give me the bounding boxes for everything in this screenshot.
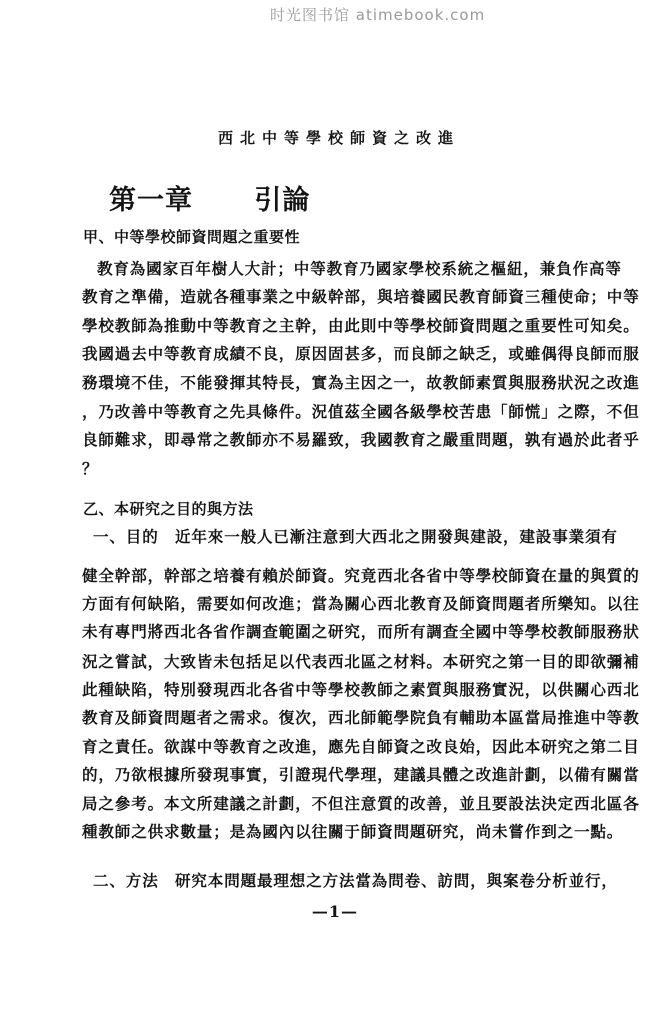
paragraph-line: 方面有何缺陷，需要如何改進；當為關心西北教育及師資問題者所樂知。以往 <box>82 594 622 614</box>
chapter-number: 第一章 <box>109 185 193 216</box>
chapter-heading: 第一章 引論 <box>109 178 310 217</box>
paragraph-line: 我國過去中等教育成績不良，原因固甚多，而良師之缺乏，或雖偶得良師而服 <box>82 344 622 364</box>
paragraph-line: 一、目的 近年來一般人已漸注意到大西北之開發與建設，建設事業須有 <box>93 527 633 547</box>
section-heading-purpose-method: 乙、本研究之目的與方法 <box>83 498 254 519</box>
section-heading-importance: 甲、中等學校師資問題之重要性 <box>83 226 300 247</box>
paragraph-line: 健全幹部，幹部之培養有賴於師資。究竟西北各省中等學校師資在量的與質的 <box>82 566 622 586</box>
paragraph-line: 況之嘗試，大致皆未包括足以代表西北區之材料。本研究之第一目的即欲彌補 <box>82 652 622 672</box>
watermark: 时光图书馆 atimebook.com <box>270 4 485 25</box>
paragraph-line: ？ <box>82 459 622 479</box>
paragraph-line: 教育之準備，造就各種事業之中級幹部，與培養國民教育師資三種使命；中等 <box>82 287 622 307</box>
paragraph-line: 的，乃欲根據所發現事實，引證現代學理，建議具體之改進計劃，以備有關當 <box>82 765 622 785</box>
page-number: —1— <box>0 902 670 921</box>
paragraph-line: 二、方法 研究本問題最理想之方法當為問卷、訪問，與案卷分析並行， <box>93 871 633 891</box>
paragraph-line: 教育及師資問題者之需求。復次，西北師範學院負有輔助本區當局推進中等教 <box>82 708 622 728</box>
paragraph-line: ，乃改善中等教育之先具條件。況值茲全國各級學校苦患「師慌」之際，不但 <box>82 402 622 422</box>
paragraph-line: 務環境不佳，不能發揮其特長，實為主因之一，故教師素質與服務狀況之改進 <box>82 373 622 393</box>
paragraph-line: 局之參考。本文所建議之計劃，不但注意質的改善，並且要設法決定西北區各 <box>82 794 622 814</box>
paragraph-line: 學校教師為推動中等教育之主幹，由此則中等學校師資問題之重要性可知矣。 <box>82 316 622 336</box>
document-title: 西北中等學校師資之改進 <box>0 127 670 148</box>
paragraph-line: 良師難求，即尋常之教師亦不易羅致，我國教育之嚴重問題，孰有過於此者乎 <box>82 430 622 450</box>
chapter-title: 引論 <box>254 185 310 216</box>
paragraph-line: 教育為國家百年樹人大計；中等教育乃國家學校系統之樞紐，兼負作高等 <box>97 259 637 279</box>
paragraph-line: 未有專門將西北各省作調查範圍之研究，而所有調查全國中等學校教師服務狀 <box>82 622 622 642</box>
paragraph-line: 此種缺陷，特別發現西北各省中等學校教師之素質與服務實況，以供關心西北 <box>82 680 622 700</box>
paragraph-line: 育之責任。欲謀中等教育之改進，應先自師資之改良始，因此本研究之第二目 <box>82 737 622 757</box>
paragraph-line: 種教師之供求數量；是為國內以往關于師資問題研究，尚未嘗作到之一點。 <box>82 822 622 842</box>
